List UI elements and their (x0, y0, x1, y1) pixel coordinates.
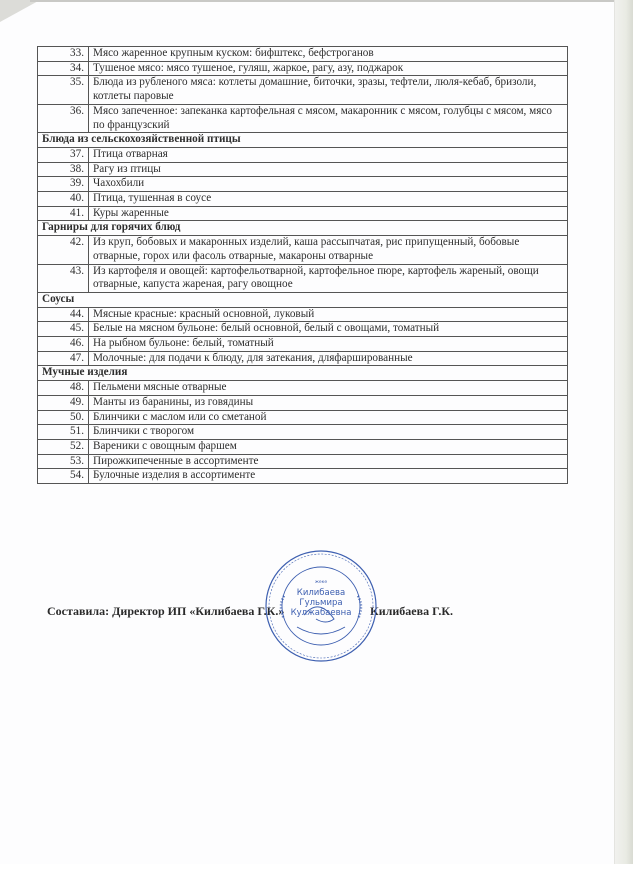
table-row: 34.Тушеное мясо: мясо тушеное, гуляш, жа… (38, 61, 568, 76)
category-row: Гарниры для горячих блюд (38, 221, 568, 236)
table-row: 42.Из круп, бобовых и макаронных изделий… (38, 236, 568, 264)
table-row: 54.Булочные изделия в ассортименте (38, 469, 568, 484)
table-row: 36.Мясо запеченное: запеканка картофельн… (38, 104, 568, 132)
table-row: 52.Вареники с овощным фаршем (38, 439, 568, 454)
table-row: 47.Молочные: для подачи к блюду, для зат… (38, 351, 568, 366)
item-number: 34. (38, 61, 89, 76)
table-row: 43.Из картофеля и овощей: картофельотвар… (38, 264, 568, 292)
signature-name: Килибаева Г.К. (370, 604, 453, 619)
item-number: 42. (38, 236, 89, 264)
item-description: Тушеное мясо: мясо тушеное, гуляш, жарко… (89, 61, 568, 76)
table-row: 41.Куры жаренные (38, 206, 568, 221)
round-stamp: жеке Килибаева Гульмира Кулжабаевна (264, 549, 378, 663)
stamp-line-1: Килибаева (297, 588, 345, 598)
item-description: Булочные изделия в ассортименте (89, 469, 568, 484)
table-row: 49.Манты из баранины, из говядины (38, 395, 568, 410)
scan-corner-artifact (0, 0, 40, 22)
item-description: Из круп, бобовых и макаронных изделий, к… (89, 236, 568, 264)
table-row: 51.Блинчики с творогом (38, 425, 568, 440)
item-description: Куры жаренные (89, 206, 568, 221)
item-description: Пирожкипеченные в ассортименте (89, 454, 568, 469)
item-number: 46. (38, 337, 89, 352)
item-description: Чахохбили (89, 177, 568, 192)
item-number: 35. (38, 76, 89, 104)
item-number: 37. (38, 147, 89, 162)
item-number: 50. (38, 410, 89, 425)
table-row: 50.Блинчики с маслом или со сметаной (38, 410, 568, 425)
category-title: Мучные изделия (38, 366, 568, 381)
table-row: 45.Белые на мясном бульоне: белый основн… (38, 322, 568, 337)
item-description: Мясо запеченное: запеканка картофельная … (89, 104, 568, 132)
table-row: 46.На рыбном бульоне: белый, томатный (38, 337, 568, 352)
table-row: 35.Блюда из рубленого мяса: котлеты дома… (38, 76, 568, 104)
item-description: Вареники с овощным фаршем (89, 439, 568, 454)
category-row: Соусы (38, 292, 568, 307)
table-row: 40.Птица, тушенная в соусе (38, 192, 568, 207)
item-number: 51. (38, 425, 89, 440)
item-number: 43. (38, 264, 89, 292)
item-description: Птица, тушенная в соусе (89, 192, 568, 207)
item-number: 49. (38, 395, 89, 410)
signature-line: Составила: Директор ИП «Килибаева Г.К.» … (47, 604, 284, 619)
stamp-top-word: жеке (315, 580, 328, 585)
scan-top-edge (30, 0, 614, 2)
item-number: 54. (38, 469, 89, 484)
item-number: 33. (38, 47, 89, 62)
table-row: 37.Птица отварная (38, 147, 568, 162)
table-row: 33.Мясо жаренное крупным куском: бифштек… (38, 47, 568, 62)
item-number: 45. (38, 322, 89, 337)
item-description: Рагу из птицы (89, 162, 568, 177)
item-description: На рыбном бульоне: белый, томатный (89, 337, 568, 352)
item-description: Молочные: для подачи к блюду, для затека… (89, 351, 568, 366)
category-title: Блюда из сельскохозяйственной птицы (38, 133, 568, 148)
category-row: Мучные изделия (38, 366, 568, 381)
item-number: 39. (38, 177, 89, 192)
item-number: 40. (38, 192, 89, 207)
category-title: Гарниры для горячих блюд (38, 221, 568, 236)
table-row: 53.Пирожкипеченные в ассортименте (38, 454, 568, 469)
item-description: Мясо жаренное крупным куском: бифштекс, … (89, 47, 568, 62)
item-description: Птица отварная (89, 147, 568, 162)
item-number: 48. (38, 381, 89, 396)
item-number: 41. (38, 206, 89, 221)
item-description: Белые на мясном бульоне: белый основной,… (89, 322, 568, 337)
item-description: Из картофеля и овощей: картофельотварной… (89, 264, 568, 292)
scan-right-edge (614, 0, 633, 864)
item-number: 38. (38, 162, 89, 177)
table-row: 48.Пельмени мясные отварные (38, 381, 568, 396)
item-description: Манты из баранины, из говядины (89, 395, 568, 410)
item-description: Блюда из рубленого мяса: котлеты домашни… (89, 76, 568, 104)
table-row: 39.Чахохбили (38, 177, 568, 192)
item-description: Блинчики с творогом (89, 425, 568, 440)
stamp-line-3: Кулжабаевна (291, 608, 352, 618)
item-number: 36. (38, 104, 89, 132)
item-number: 44. (38, 307, 89, 322)
category-title: Соусы (38, 292, 568, 307)
item-number: 53. (38, 454, 89, 469)
signature-title: Составила: Директор ИП «Килибаева Г.К.» (47, 604, 284, 618)
scanned-page: 33.Мясо жаренное крупным куском: бифштек… (0, 0, 614, 864)
stamp-line-2: Гульмира (299, 598, 342, 608)
item-number: 52. (38, 439, 89, 454)
item-description: Мясные красные: красный основной, луковы… (89, 307, 568, 322)
item-description: Блинчики с маслом или со сметаной (89, 410, 568, 425)
item-description: Пельмени мясные отварные (89, 381, 568, 396)
menu-table: 33.Мясо жаренное крупным куском: бифштек… (37, 46, 568, 484)
item-number: 47. (38, 351, 89, 366)
table-row: 38.Рагу из птицы (38, 162, 568, 177)
table-row: 44.Мясные красные: красный основной, лук… (38, 307, 568, 322)
category-row: Блюда из сельскохозяйственной птицы (38, 133, 568, 148)
